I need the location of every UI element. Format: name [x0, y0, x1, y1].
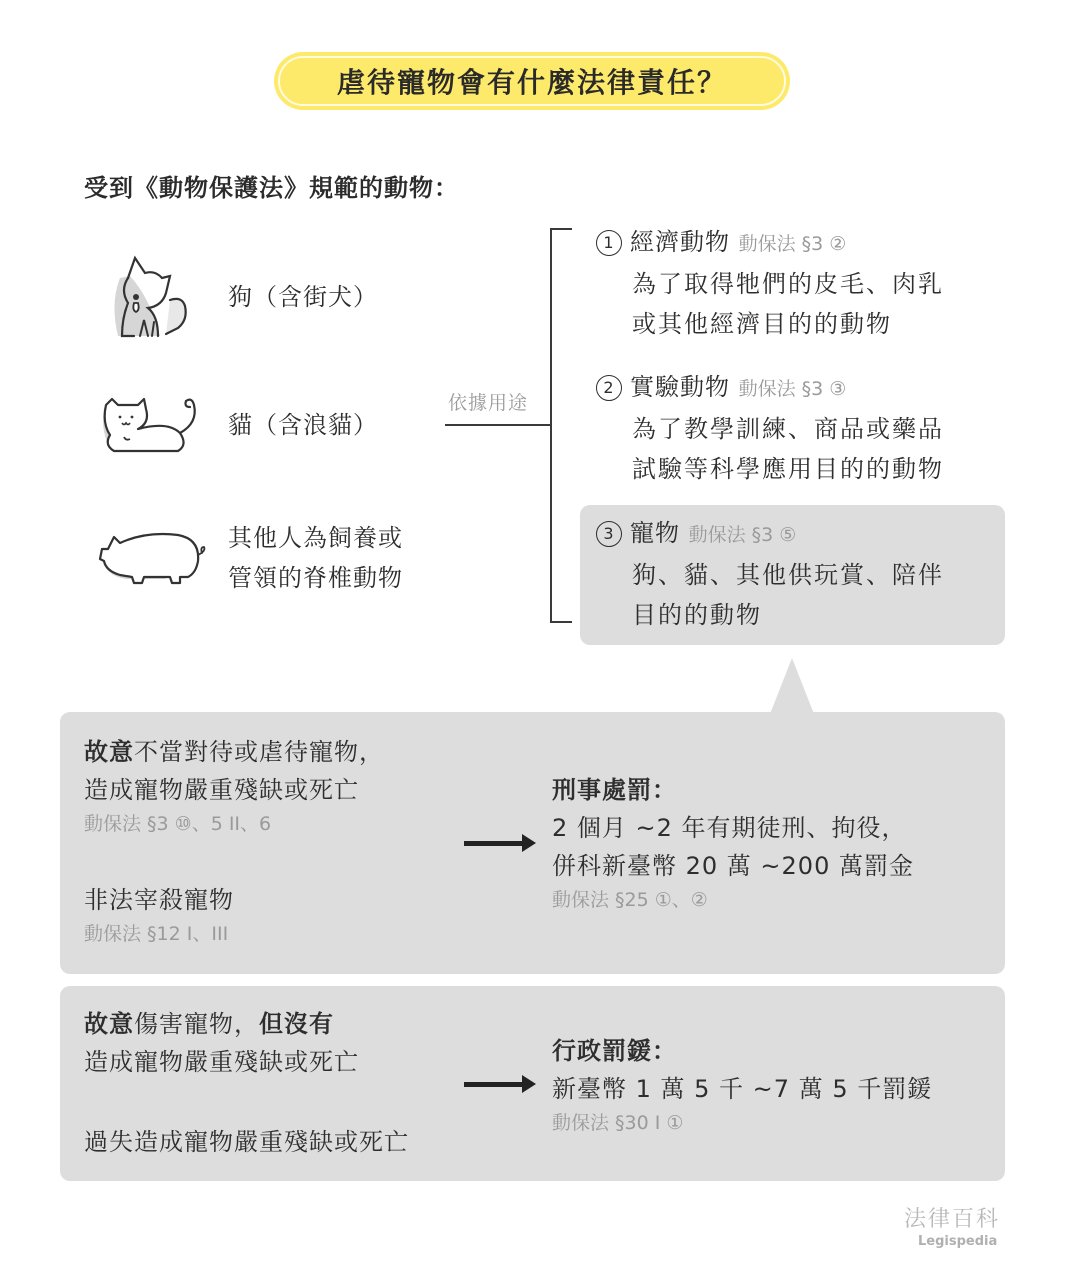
cat-icon — [98, 393, 208, 458]
brand-logo-zh: 法律百科 — [904, 1202, 1000, 1233]
emphasis-text: 故意 — [84, 1010, 134, 1038]
law-reference: 動保法 §3 ⑩、5 II、6 — [84, 809, 384, 839]
law-reference: 動保法 §3 ⑤ — [689, 524, 797, 546]
animal-dog-label: 狗（含街犬） — [228, 277, 378, 317]
category-desc-line: 為了教學訓練、商品或藥品 — [632, 409, 944, 449]
category-experimental: 2實驗動物 動保法 §3 ③ 為了教學訓練、商品或藥品 試驗等科學應用目的的動物 — [596, 367, 944, 489]
result-line: 2 個月 ~2 年有期徒刑、拘役， — [552, 809, 914, 847]
bracket-bottom — [550, 621, 572, 623]
admin-condition-2: 過失造成寵物嚴重殘缺或死亡 — [84, 1123, 409, 1161]
dog-icon — [100, 248, 195, 343]
animal-cat-label: 貓（含浪貓） — [228, 405, 378, 445]
bracket-vertical — [550, 228, 552, 622]
category-desc-line: 目的的動物 — [632, 595, 944, 635]
criminal-result: 刑事處罰： 2 個月 ~2 年有期徒刑、拘役， 併科新臺幣 20 萬 ~200 … — [552, 771, 914, 915]
result-line: 併科新臺幣 20 萬 ~200 萬罰金 — [552, 847, 914, 885]
category-name: 經濟動物 — [630, 228, 730, 256]
number-badge: 1 — [596, 230, 622, 256]
criminal-condition-1: 故意不當對待或虐待寵物， 造成寵物嚴重殘缺或死亡 動保法 §3 ⑩、5 II、6 — [84, 733, 384, 839]
law-reference: 動保法 §3 ③ — [739, 378, 847, 400]
category-economic: 1經濟動物 動保法 §3 ② 為了取得牠們的皮毛、肉乳 或其他經濟目的的動物 — [596, 222, 944, 344]
callout-pointer — [770, 658, 814, 714]
arrow-right-icon — [464, 1082, 524, 1087]
result-title: 行政罰鍰： — [552, 1032, 932, 1070]
category-pet: 3寵物 動保法 §3 ⑤ 狗、貓、其他供玩賞、陪伴 目的的動物 — [596, 513, 944, 635]
page-title: 虐待寵物會有什麼法律責任？ — [278, 56, 786, 106]
law-reference: 動保法 §30 I ① — [552, 1108, 932, 1138]
condition-text: 造成寵物嚴重殘缺或死亡 — [84, 771, 384, 809]
criminal-condition-2: 非法宰殺寵物 動保法 §12 I、III — [84, 881, 234, 949]
condition-text: 造成寵物嚴重殘缺或死亡 — [84, 1043, 359, 1081]
condition-text: 不當對待或虐待寵物， — [134, 738, 384, 766]
law-reference: 動保法 §25 ①、② — [552, 885, 914, 915]
admin-condition-1: 故意傷害寵物，但沒有 造成寵物嚴重殘缺或死亡 — [84, 1005, 359, 1081]
animal-other-line-1: 其他人為飼養或 — [228, 518, 403, 558]
law-reference: 動保法 §3 ② — [739, 233, 847, 255]
bracket-top — [550, 228, 572, 230]
result-title: 刑事處罰： — [552, 771, 914, 809]
arrow-right-icon — [464, 841, 524, 846]
condition-text: 傷害寵物， — [134, 1010, 259, 1038]
law-reference: 動保法 §12 I、III — [84, 919, 234, 949]
number-badge: 3 — [596, 521, 622, 547]
category-name: 寵物 — [630, 519, 680, 547]
category-name: 實驗動物 — [630, 373, 730, 401]
category-desc-line: 為了取得牠們的皮毛、肉乳 — [632, 264, 944, 304]
pig-icon — [96, 525, 211, 590]
condition-text: 非法宰殺寵物 — [84, 881, 234, 919]
category-desc-line: 或其他經濟目的的動物 — [632, 304, 944, 344]
category-desc-line: 試驗等科學應用目的的動物 — [632, 449, 944, 489]
admin-result: 行政罰鍰： 新臺幣 1 萬 5 千 ~7 萬 5 千罰鍰 動保法 §30 I ① — [552, 1032, 932, 1138]
animal-other-label: 其他人為飼養或 管領的脊椎動物 — [228, 518, 403, 598]
connector-line — [445, 424, 551, 426]
brand-logo-en: Legispedia — [918, 1234, 997, 1249]
animal-other-line-2: 管領的脊椎動物 — [228, 558, 403, 598]
connector-label: 依據用途 — [448, 388, 528, 415]
category-desc-line: 狗、貓、其他供玩賞、陪伴 — [632, 555, 944, 595]
title-banner: 虐待寵物會有什麼法律責任？ — [274, 52, 790, 110]
result-line: 新臺幣 1 萬 5 千 ~7 萬 5 千罰鍰 — [552, 1070, 932, 1108]
emphasis-text: 但沒有 — [259, 1010, 334, 1038]
condition-text: 過失造成寵物嚴重殘缺或死亡 — [84, 1123, 409, 1161]
emphasis-text: 故意 — [84, 738, 134, 766]
number-badge: 2 — [596, 375, 622, 401]
section-heading: 受到《動物保護法》規範的動物： — [84, 168, 459, 203]
